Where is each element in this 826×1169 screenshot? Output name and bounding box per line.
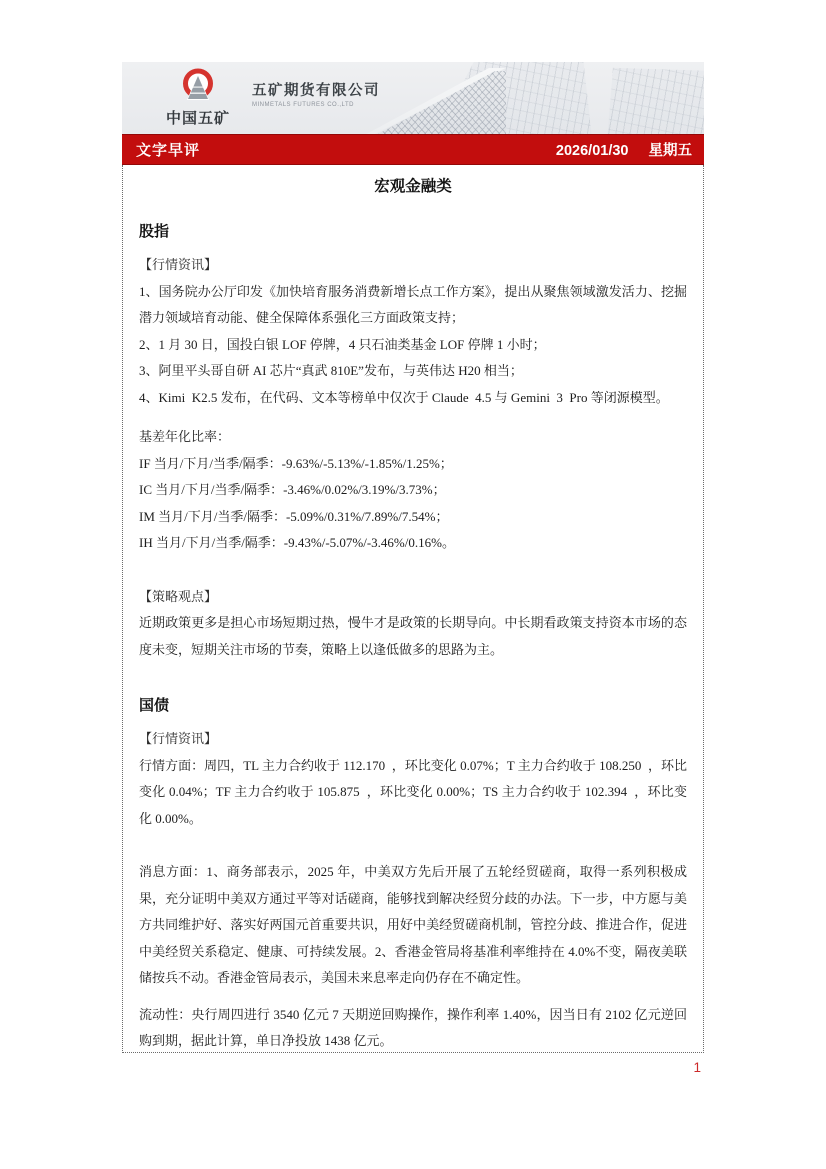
bond-info-label: 【行情资讯】 <box>139 726 687 753</box>
company-name-en: MINMETALS FUTURES CO.,LTD <box>252 102 380 108</box>
bond-market-paragraph: 行情方面：周四，TL 主力合约收于 112.170 ，环比变化 0.07%；T … <box>139 753 687 833</box>
bond-news-paragraph: 消息方面：1、商务部表示，2025 年，中美双方先后开展了五轮经贸磋商，取得一系… <box>139 859 687 992</box>
basis-line-if: IF 当月/下月/当季/隔季：-9.63%/-5.13%/-1.85%/1.25… <box>139 451 687 478</box>
page-number: 1 <box>122 1060 704 1075</box>
logo-text: 中国五矿 <box>150 107 246 128</box>
spacer <box>139 832 687 859</box>
report-body: 宏观金融类 股指 【行情资讯】 1、国务院办公厅印发《加快培育服务消费新增长点工… <box>122 165 704 1053</box>
spacer <box>139 663 687 690</box>
banner-title: 文字早评 <box>136 139 200 160</box>
banner-date: 2026/01/30 <box>556 143 629 159</box>
basis-ratio-title: 基差年化比率： <box>139 424 687 451</box>
equity-news-item: 2、1 月 30 日，国投白银 LOF 停牌，4 只石油类基金 LOF 停牌 1… <box>139 332 687 359</box>
equity-news-item: 3、阿里平头哥自研 AI 芯片“真武 810E”发布，与英伟达 H20 相当； <box>139 358 687 385</box>
report-title: 宏观金融类 <box>139 177 687 197</box>
report-header: 中国五矿 五矿期货有限公司 MINMETALS FUTURES CO.,LTD <box>122 62 704 134</box>
company-name-zh: 五矿期货有限公司 <box>252 79 380 100</box>
equity-info-label: 【行情资讯】 <box>139 252 687 279</box>
company-name-block: 五矿期货有限公司 MINMETALS FUTURES CO.,LTD <box>252 79 380 108</box>
minmetals-logo-icon <box>178 66 218 106</box>
basis-line-ih: IH 当月/下月/当季/隔季：-9.43%/-5.07%/-3.46%/0.16… <box>139 530 687 557</box>
basis-line-ic: IC 当月/下月/当季/隔季：-3.46%/0.02%/3.19%/3.73%； <box>139 477 687 504</box>
title-banner: 文字早评 2026/01/30星期五 <box>122 134 704 165</box>
basis-line-im: IM 当月/下月/当季/隔季：-5.09%/0.31%/7.89%/7.54%； <box>139 504 687 531</box>
section-heading-bond: 国债 <box>139 696 687 716</box>
section-heading-equity: 股指 <box>139 222 687 242</box>
bond-liquidity-paragraph: 流动性：央行周四进行 3540 亿元 7 天期逆回购操作，操作利率 1.40%，… <box>139 1002 687 1054</box>
banner-weekday: 星期五 <box>649 143 693 159</box>
company-logo: 中国五矿 <box>150 66 246 128</box>
equity-strategy-text: 近期政策更多是担心市场短期过热，慢牛才是政策的长期导向。中长期看政策支持资本市场… <box>139 610 687 663</box>
banner-date-block: 2026/01/30星期五 <box>556 139 692 160</box>
equity-news-item: 4、Kimi K2.5 发布，在代码、文本等榜单中仅次于 Claude 4.5 … <box>139 385 687 412</box>
section-equity-index: 股指 【行情资讯】 1、国务院办公厅印发《加快培育服务消费新增长点工作方案》，提… <box>139 222 687 663</box>
equity-news-item: 1、国务院办公厅印发《加快培育服务消费新增长点工作方案》，提出从聚焦领域激发活力… <box>139 279 687 332</box>
page-container: 中国五矿 五矿期货有限公司 MINMETALS FUTURES CO.,LTD … <box>122 0 704 1075</box>
spacer <box>139 557 687 584</box>
spacer <box>139 411 687 424</box>
equity-strategy-label: 【策略观点】 <box>139 584 687 611</box>
building-lattice-roof <box>378 71 506 134</box>
spacer <box>139 992 687 1002</box>
section-treasury-bond: 国债 【行情资讯】 行情方面：周四，TL 主力合约收于 112.170 ，环比变… <box>139 696 687 1053</box>
